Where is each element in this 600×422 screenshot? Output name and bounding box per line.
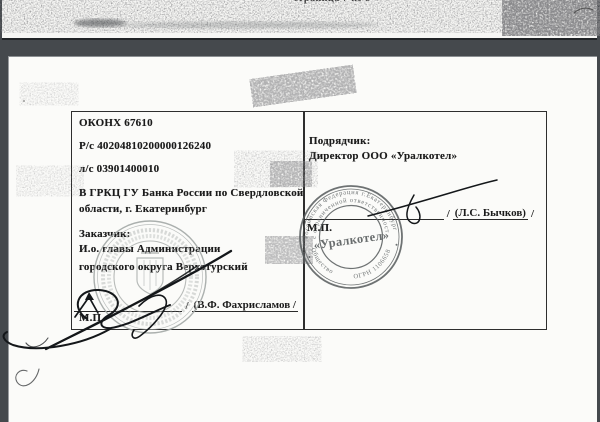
table-column-divider [303, 112, 305, 329]
contractor-seal-mark: М.П. [307, 222, 332, 234]
slash-separator: / [447, 208, 450, 220]
customer-signature-line [74, 299, 182, 312]
okonh-line: ОКОНХ 67610 [79, 117, 153, 129]
personal-account: л/с 03901400010 [79, 163, 159, 175]
scanned-document-viewer: страница 7 из 8 ОКОНХ 67610 Р/с 40204810… [0, 0, 600, 422]
contractor-label: Подрядчик: [309, 135, 370, 147]
customer-seal-mark: М.П. [79, 312, 104, 324]
customer-signature-row: / (В.Ф. Фахрисламов / [74, 298, 298, 312]
customer-label: Заказчик: [79, 228, 131, 240]
contractor-signature-line [304, 207, 444, 220]
customer-signature-name: (В.Ф. Фахрисламов / [192, 299, 298, 312]
contractor-signature-name: (Л.С. Бычков) [453, 207, 528, 220]
previous-page-strip: страница 7 из 8 [2, 0, 597, 40]
bank-line-2: области, г. Екатеринбург [79, 203, 207, 215]
page-indicator: страница 7 из 8 [162, 0, 502, 4]
contractor-signature-row: / (Л.С. Бычков) / [304, 207, 537, 220]
contractor-title: Директор ООО «Уралкотел» [309, 150, 457, 162]
bank-line-1: В ГРКЦ ГУ Банка России по Свердловской [79, 187, 303, 199]
slash-separator: / [531, 208, 534, 220]
document-page: ОКОНХ 67610 Р/с 40204810200000126240 л/с… [8, 56, 597, 422]
customer-title-1: И.о. главы Администрации [79, 243, 221, 255]
settlement-account: Р/с 40204810200000126240 [79, 140, 211, 152]
slash-separator: / [185, 300, 188, 312]
customer-title-2: городского округа Верхотурский [79, 261, 248, 273]
